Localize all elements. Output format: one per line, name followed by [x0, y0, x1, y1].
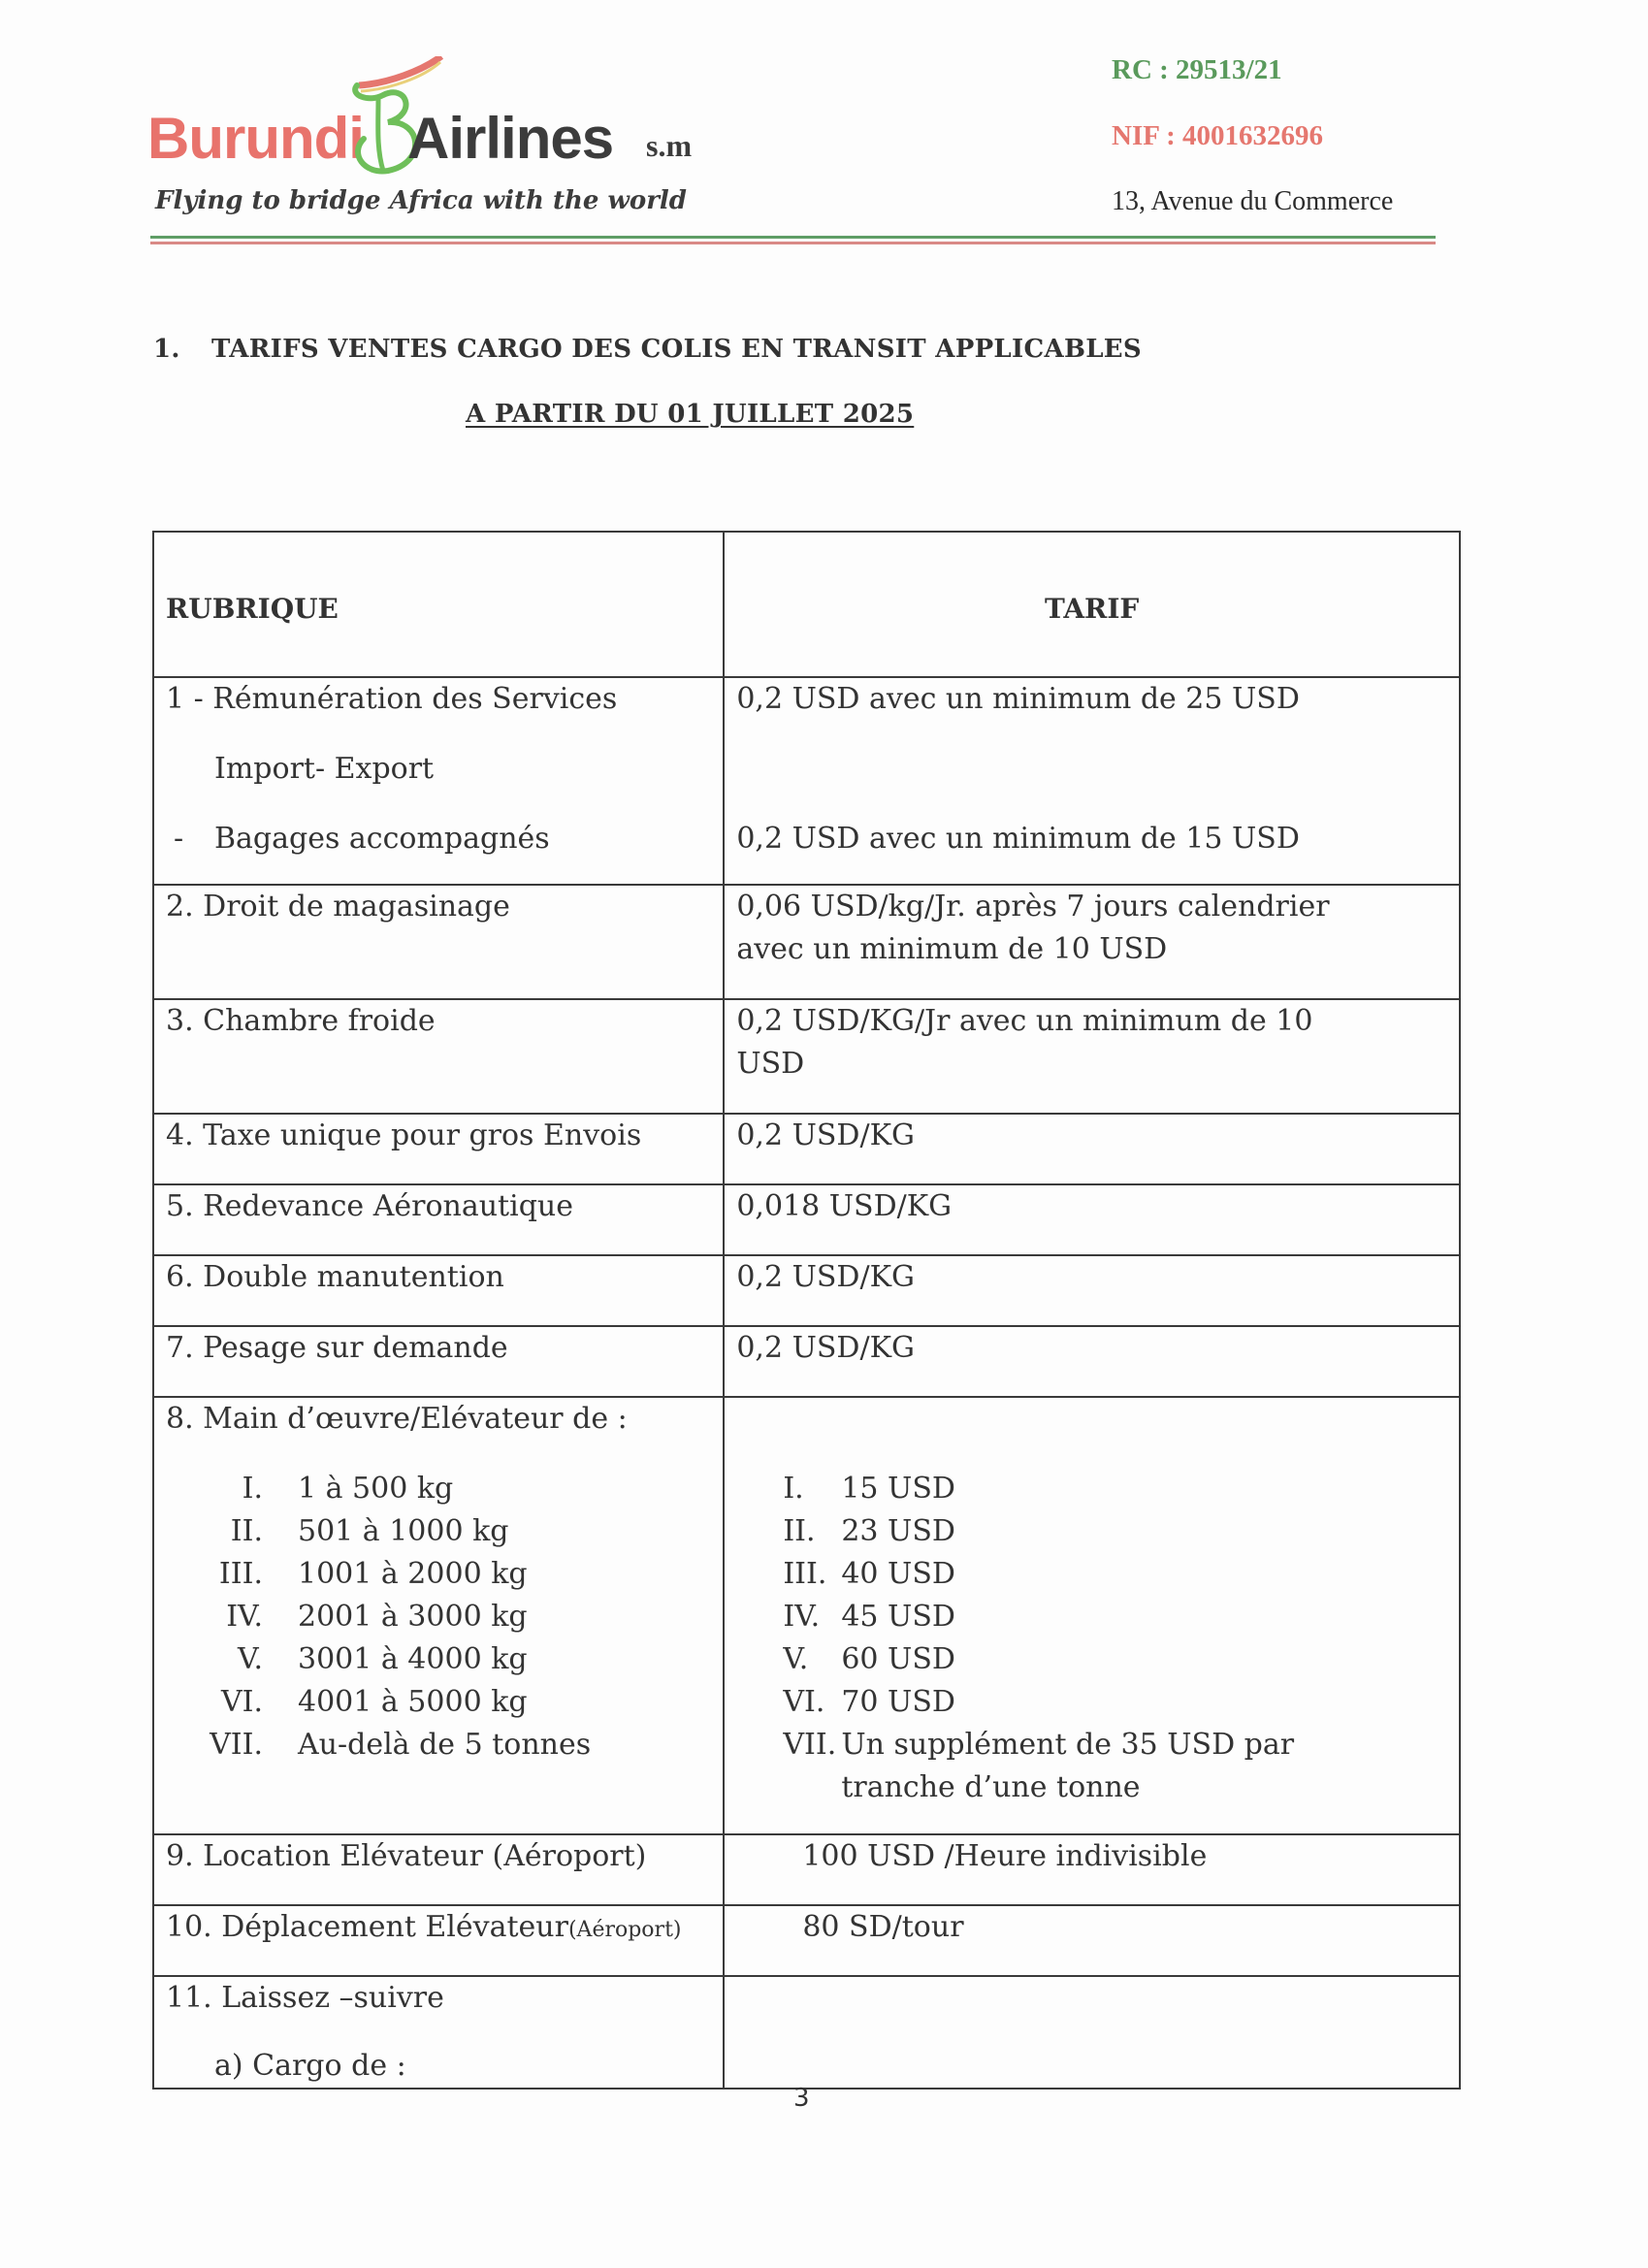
- weight-price-item: VI.70 USD: [736, 1681, 1447, 1724]
- weight-range: 1001 à 2000 kg: [298, 1553, 528, 1596]
- tarif-value: 0,06 USD/kg/Jr. après 7 jours calendrier: [736, 886, 1447, 928]
- rubrique-sub-label: a) Cargo de :: [166, 2045, 711, 2088]
- rubrique-cell: 9. Location Elévateur (Aéroport): [153, 1834, 724, 1905]
- roman-numeral: VII.: [736, 1724, 841, 1809]
- weight-price: 40 USD: [841, 1553, 955, 1596]
- roman-numeral: I.: [166, 1468, 298, 1510]
- table-row: 8. Main d’œuvre/Elévateur de : I.1 à 500…: [153, 1397, 1460, 1834]
- rubrique-label: 4. Taxe unique pour gros Envois: [166, 1115, 711, 1157]
- weight-range: 3001 à 4000 kg: [298, 1638, 528, 1681]
- table-header-row: RUBRIQUE TARIF: [153, 532, 1460, 677]
- rubrique-label-note: (Aéroport): [568, 1918, 682, 1942]
- tarif-cell: 0,2 USD avec un minimum de 25 USD 0,2 US…: [724, 677, 1460, 885]
- weight-range-item: IV.2001 à 3000 kg: [166, 1596, 711, 1638]
- table-row: 4. Taxe unique pour gros Envois 0,2 USD/…: [153, 1114, 1460, 1184]
- weight-price-item: IV.45 USD: [736, 1596, 1447, 1638]
- page-number: 3: [793, 2084, 810, 2113]
- section-effective-date: A PARTIR DU 01 JUILLET 2025: [466, 400, 914, 429]
- weight-price-item: III.40 USD: [736, 1553, 1447, 1596]
- rubrique-cell: 8. Main d’œuvre/Elévateur de : I.1 à 500…: [153, 1397, 724, 1834]
- header-rubrique: RUBRIQUE: [153, 532, 724, 677]
- dash-bullet: -: [166, 818, 214, 860]
- weight-price-item: V.60 USD: [736, 1638, 1447, 1681]
- rc-number: RC : 29513/21: [1112, 54, 1282, 86]
- rubrique-cell: 6. Double manutention: [153, 1255, 724, 1326]
- rubrique-label: 11. Laissez –suivre: [166, 1977, 711, 2020]
- logo-brand-left: Burundi: [147, 105, 364, 172]
- weight-range: 501 à 1000 kg: [298, 1510, 509, 1553]
- table-row: 9. Location Elévateur (Aéroport) 100 USD…: [153, 1834, 1460, 1905]
- tarif-value: 0,2 USD/KG: [736, 1327, 1447, 1370]
- rubrique-label: 2. Droit de magasinage: [166, 886, 711, 928]
- table-row: 10. Déplacement Elévateur(Aéroport) 80 S…: [153, 1905, 1460, 1976]
- weight-range-item: VI.4001 à 5000 kg: [166, 1681, 711, 1724]
- roman-numeral: VI.: [736, 1681, 841, 1724]
- rubrique-cell: 11. Laissez –suivre a) Cargo de :: [153, 1976, 724, 2089]
- tarif-cell: 0,018 USD/KG: [724, 1184, 1460, 1255]
- table-row: 5. Redevance Aéronautique 0,018 USD/KG: [153, 1184, 1460, 1255]
- tarif-value-cont: avec un minimum de 10 USD: [736, 928, 1447, 971]
- rubrique-cell: 4. Taxe unique pour gros Envois: [153, 1114, 724, 1184]
- document-page: Burundi Airlines s.m Flying to bridge Af…: [0, 0, 1648, 2268]
- weight-range: 4001 à 5000 kg: [298, 1681, 528, 1724]
- weight-price-item: II.23 USD: [736, 1510, 1447, 1553]
- tarif-cell: 80 SD/tour: [724, 1905, 1460, 1976]
- weight-price-item: I.15 USD: [736, 1468, 1447, 1510]
- rubrique-sub-label-2: Bagages accompagnés: [214, 822, 550, 856]
- tarif-cell: 0,2 USD/KG: [724, 1114, 1460, 1184]
- tarif-value: 100 USD /Heure indivisible: [802, 1835, 1447, 1878]
- table-row: 6. Double manutention 0,2 USD/KG: [153, 1255, 1460, 1326]
- weight-range-item: I.1 à 500 kg: [166, 1468, 711, 1510]
- section-title: 1.TARIFS VENTES CARGO DES COLIS EN TRANS…: [153, 335, 1142, 364]
- tarif-value: 80 SD/tour: [802, 1906, 1447, 1949]
- tarif-value: 0,018 USD/KG: [736, 1185, 1447, 1228]
- tarif-value: 0,2 USD/KG: [736, 1115, 1447, 1157]
- company-address: 13, Avenue du Commerce: [1112, 186, 1393, 217]
- header-divider-red: [150, 242, 1436, 244]
- weight-range: 1 à 500 kg: [298, 1468, 453, 1510]
- logo-brand-suffix: s.m: [646, 128, 692, 164]
- rubrique-label: 3. Chambre froide: [166, 1000, 711, 1043]
- tarif-cell: 0,2 USD/KG: [724, 1326, 1460, 1397]
- roman-numeral: I.: [736, 1468, 841, 1510]
- weight-price-list: I.15 USDII.23 USDIII.40 USDIV.45 USDV.60…: [736, 1468, 1447, 1809]
- table-row: 1 - Rémunération des Services Import- Ex…: [153, 677, 1460, 885]
- rubrique-label: 5. Redevance Aéronautique: [166, 1185, 711, 1228]
- rubrique-cell: 10. Déplacement Elévateur(Aéroport): [153, 1905, 724, 1976]
- weight-price: Un supplément de 35 USD partranche d’une…: [841, 1724, 1294, 1809]
- section-title-text: TARIFS VENTES CARGO DES COLIS EN TRANSIT…: [211, 335, 1142, 364]
- weight-price-item: VII.Un supplément de 35 USD partranche d…: [736, 1724, 1447, 1809]
- logo-brand-right: Airlines: [407, 105, 613, 172]
- roman-numeral: IV.: [736, 1596, 841, 1638]
- rubrique-label: 8. Main d’œuvre/Elévateur de :: [166, 1398, 711, 1441]
- roman-numeral: II.: [736, 1510, 841, 1553]
- table-row: 2. Droit de magasinage 0,06 USD/kg/Jr. a…: [153, 885, 1460, 999]
- tarif-value-cont: USD: [736, 1043, 1447, 1085]
- roman-numeral: III.: [736, 1553, 841, 1596]
- weight-price: 60 USD: [841, 1638, 955, 1681]
- weight-range: 2001 à 3000 kg: [298, 1596, 528, 1638]
- weight-price: 45 USD: [841, 1596, 955, 1638]
- tarif-cell: 100 USD /Heure indivisible: [724, 1834, 1460, 1905]
- weight-range-item: VII.Au-delà de 5 tonnes: [166, 1724, 711, 1766]
- rubrique-label: 1 - Rémunération des Services: [166, 678, 711, 721]
- weight-range-item: V.3001 à 4000 kg: [166, 1638, 711, 1681]
- rubrique-cell: 7. Pesage sur demande: [153, 1326, 724, 1397]
- rubrique-cell: 3. Chambre froide: [153, 999, 724, 1114]
- roman-numeral: II.: [166, 1510, 298, 1553]
- header-tarif: TARIF: [724, 532, 1460, 677]
- roman-numeral: VII.: [166, 1724, 298, 1766]
- company-tagline: Flying to bridge Africa with the world: [155, 186, 687, 215]
- tarif-value-2: 0,2 USD avec un minimum de 15 USD: [736, 818, 1447, 860]
- roman-numeral: V.: [736, 1638, 841, 1681]
- section-number: 1.: [153, 335, 211, 364]
- rubrique-cell: 2. Droit de magasinage: [153, 885, 724, 999]
- rubrique-cell: 1 - Rémunération des Services Import- Ex…: [153, 677, 724, 885]
- tarif-value: 0,2 USD/KG: [736, 1256, 1447, 1299]
- rubrique-label: 7. Pesage sur demande: [166, 1327, 711, 1370]
- weight-price: 15 USD: [841, 1468, 955, 1510]
- tarif-cell: 0,2 USD/KG: [724, 1255, 1460, 1326]
- tarif-cell: 0,06 USD/kg/Jr. après 7 jours calendrier…: [724, 885, 1460, 999]
- tariff-table: RUBRIQUE TARIF 1 - Rémunération des Serv…: [152, 531, 1461, 2090]
- weight-range: Au-delà de 5 tonnes: [298, 1724, 591, 1766]
- rubrique-label: 10. Déplacement Elévateur: [166, 1910, 568, 1944]
- weight-price: 23 USD: [841, 1510, 955, 1553]
- rubrique-label: 6. Double manutention: [166, 1256, 711, 1299]
- rubrique-label: 9. Location Elévateur (Aéroport): [166, 1835, 711, 1878]
- tarif-value: 0,2 USD/KG/Jr avec un minimum de 10: [736, 1000, 1447, 1043]
- nif-number: NIF : 4001632696: [1112, 120, 1323, 152]
- weight-range-item: II.501 à 1000 kg: [166, 1510, 711, 1553]
- weight-range-item: III.1001 à 2000 kg: [166, 1553, 711, 1596]
- tarif-value: 0,2 USD avec un minimum de 25 USD: [736, 678, 1447, 721]
- company-logo: Burundi Airlines s.m: [147, 68, 729, 204]
- roman-numeral: IV.: [166, 1596, 298, 1638]
- roman-numeral: III.: [166, 1553, 298, 1596]
- roman-numeral: V.: [166, 1638, 298, 1681]
- weight-price: 70 USD: [841, 1681, 955, 1724]
- rubrique-sub-label: Import- Export: [166, 748, 711, 791]
- roman-numeral: VI.: [166, 1681, 298, 1724]
- tarif-cell: [724, 1976, 1460, 2089]
- table-row: 11. Laissez –suivre a) Cargo de :: [153, 1976, 1460, 2089]
- header-divider-green: [150, 236, 1436, 239]
- rubrique-cell: 5. Redevance Aéronautique: [153, 1184, 724, 1255]
- weight-range-list: I.1 à 500 kgII.501 à 1000 kgIII.1001 à 2…: [166, 1468, 711, 1766]
- table-row: 3. Chambre froide 0,2 USD/KG/Jr avec un …: [153, 999, 1460, 1114]
- table-row: 7. Pesage sur demande 0,2 USD/KG: [153, 1326, 1460, 1397]
- tarif-cell: I.15 USDII.23 USDIII.40 USDIV.45 USDV.60…: [724, 1397, 1460, 1834]
- tarif-cell: 0,2 USD/KG/Jr avec un minimum de 10 USD: [724, 999, 1460, 1114]
